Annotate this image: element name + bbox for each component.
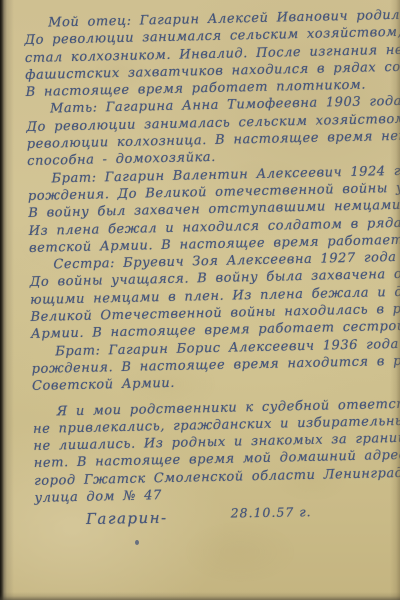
binding-edge-left: [0, 0, 14, 600]
ink-speck: [135, 540, 139, 545]
scanned-document-page: { "page": { "paper_color": "#d0c292", "i…: [0, 0, 400, 600]
signature: Гагарин-: [86, 509, 168, 528]
page-edge-right: [390, 0, 400, 600]
page-edge-bottom: [0, 592, 400, 600]
document-lines: Мой отец: Гагарин Алексей Иванович родил…: [24, 6, 400, 507]
date: 28.10.57 г.: [231, 504, 312, 520]
